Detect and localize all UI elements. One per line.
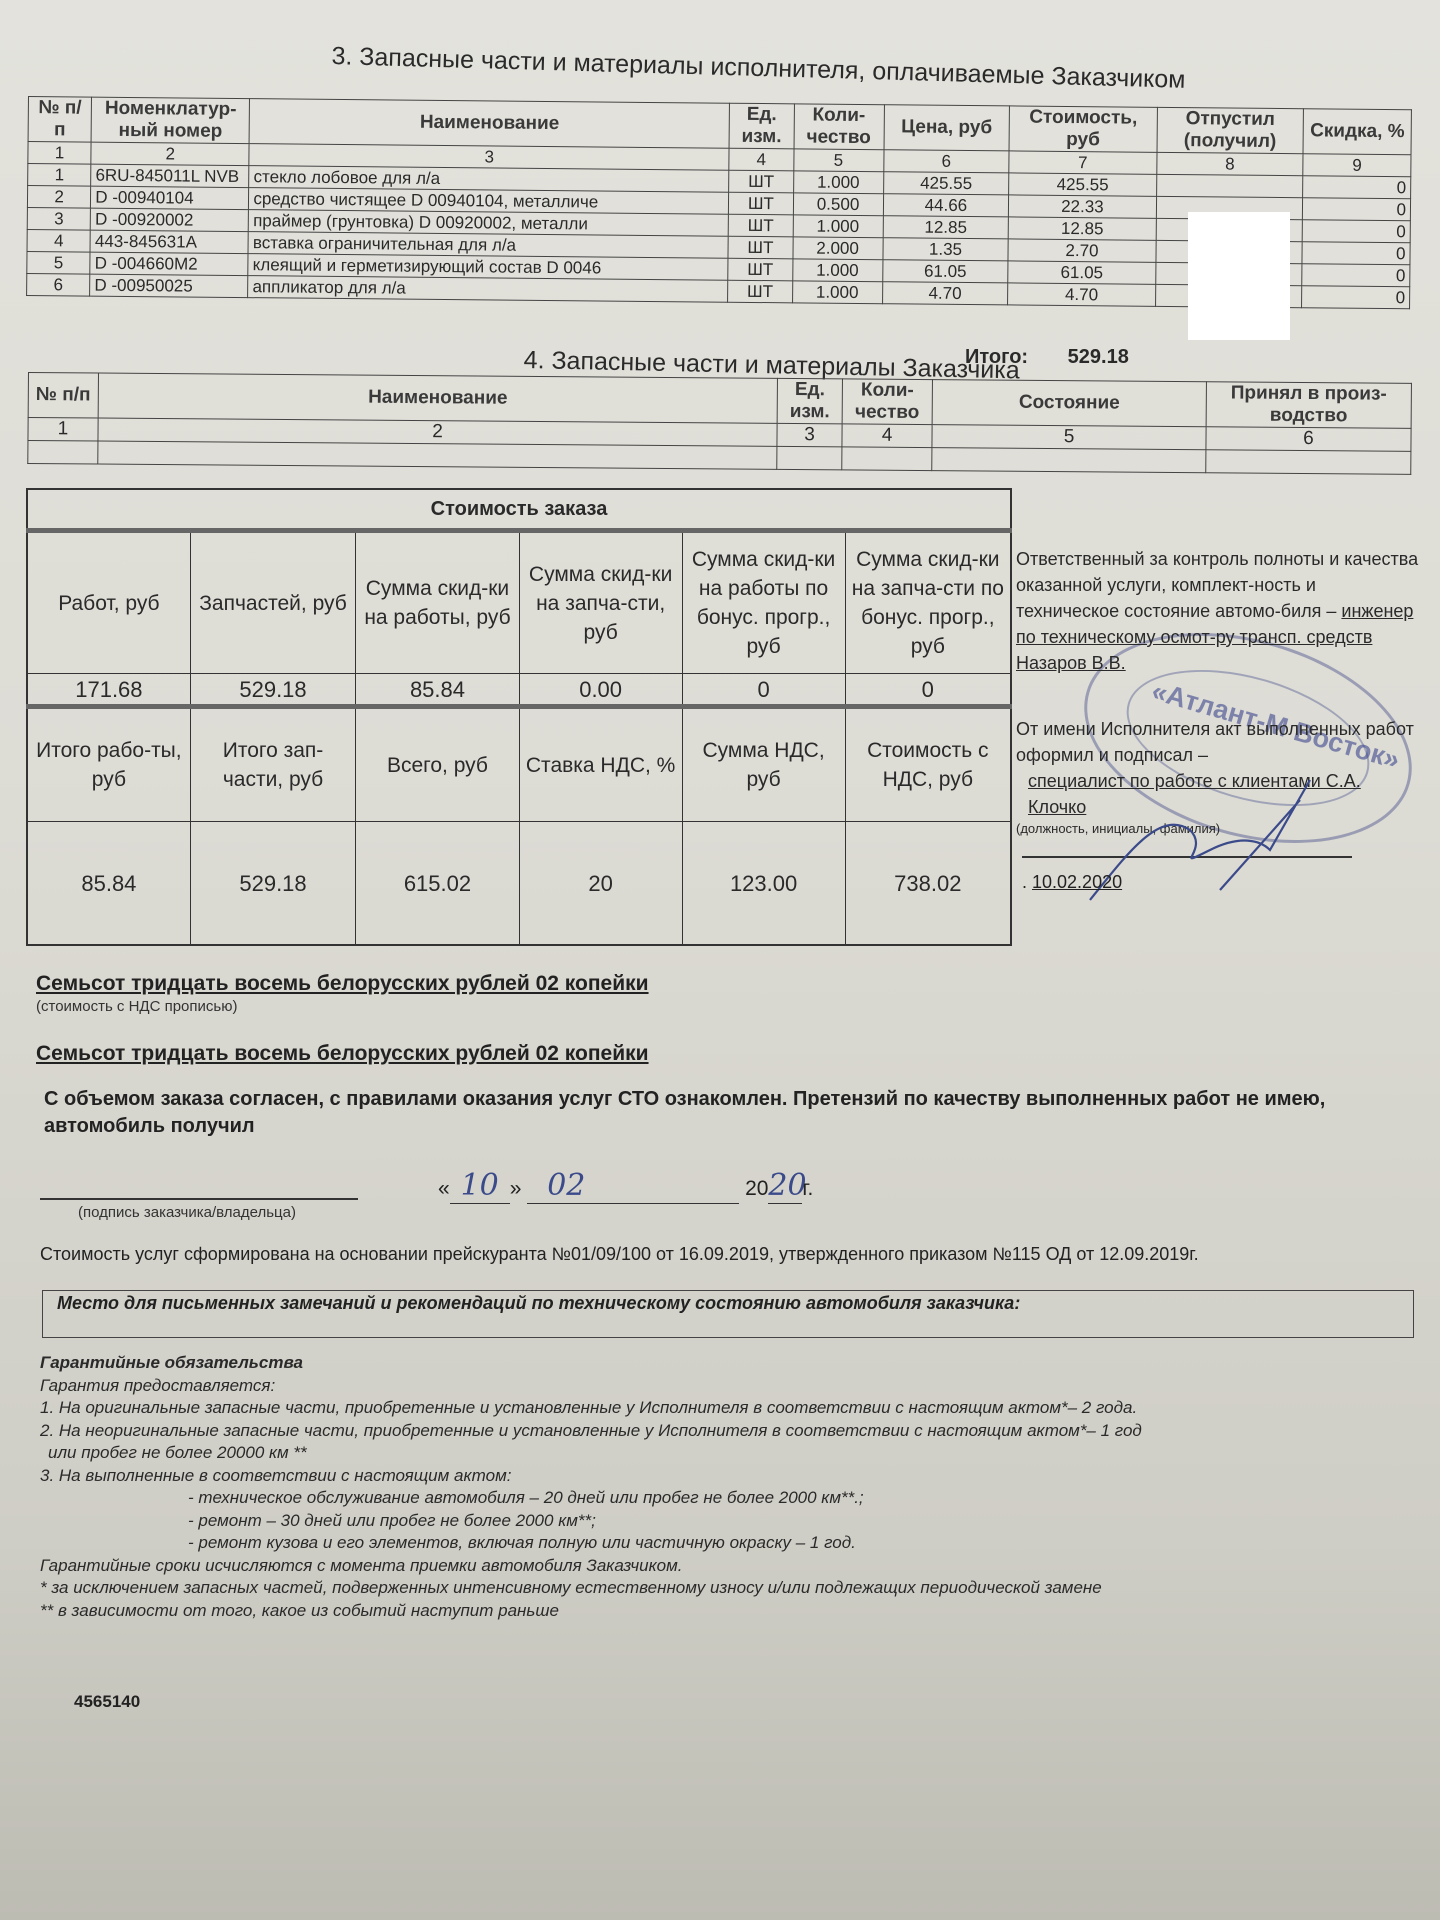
redaction-box	[1188, 212, 1290, 340]
part-cost: 61.05	[1008, 261, 1156, 284]
part-discount: 0	[1302, 286, 1410, 309]
part-qty: 0.500	[793, 193, 883, 216]
empty-cell	[28, 441, 98, 465]
label-vat-rate: Ставка НДС, %	[519, 707, 682, 822]
part-discount: 0	[1302, 220, 1410, 243]
empty-cell	[842, 447, 933, 471]
customer-parts-table: № п/п Наименование Ед. изм. Коли-чество …	[27, 372, 1412, 475]
col-number: 5	[793, 149, 883, 172]
part-qty: 1.000	[793, 171, 883, 194]
part-discount: 0	[1303, 198, 1411, 221]
date-year: 20	[768, 1168, 802, 1204]
col-header-accepted: Принял в произ-водство	[1206, 382, 1412, 429]
warranty-intro: Гарантия предоставляется:	[40, 1375, 1420, 1398]
part-price: 4.70	[882, 282, 1008, 305]
executor-date: 10.02.2020	[1032, 872, 1122, 892]
col-number: 6	[1206, 427, 1411, 452]
date-month: 02	[527, 1168, 739, 1204]
order-cost-table: Стоимость заказа Работ, руб Запчастей, р…	[26, 488, 1012, 946]
warranty-item-1: 1. На оригинальные запасные части, приоб…	[40, 1397, 1420, 1420]
part-code: D -00940104	[91, 186, 249, 210]
col-header-cost: Стоимость, руб	[1009, 106, 1157, 152]
label-parts: Запчастей, руб	[190, 531, 355, 674]
part-price: 1.35	[883, 238, 1009, 261]
part-qty: 2.000	[792, 237, 882, 260]
year-suffix: г.	[802, 1177, 813, 1200]
row-number: 4	[27, 229, 90, 252]
part-price: 44.66	[883, 194, 1009, 217]
part-price: 61.05	[882, 260, 1008, 283]
part-cost: 4.70	[1008, 283, 1156, 306]
warranty-item-2: 2. На неоригинальные запасные части, при…	[40, 1420, 1420, 1443]
col-number: 5	[932, 425, 1206, 450]
empty-cell	[777, 446, 842, 470]
col-number: 4	[729, 148, 793, 171]
part-unit: ШТ	[729, 170, 793, 193]
order-cost-title: Стоимость заказа	[27, 489, 1011, 531]
label-works-discount: Сумма скид-ки на работы, руб	[356, 531, 519, 674]
part-code: D -00920002	[90, 208, 248, 232]
col-header-qty: Коли-чество	[794, 104, 885, 150]
warranty-item-2b: или пробег не более 20000 км **	[40, 1442, 1420, 1465]
customer-signature-line	[40, 1198, 358, 1200]
part-qty: 1.000	[792, 281, 882, 304]
part-price: 425.55	[883, 172, 1009, 195]
acceptance-date: «10» 02 2020г.	[438, 1168, 813, 1204]
col-number: 8	[1156, 152, 1303, 175]
col-header-unit: Ед. изм.	[777, 378, 842, 424]
value-cost-with-vat: 738.02	[845, 822, 1011, 946]
label-parts-bonus-discount: Сумма скид-ки на запча-сти по бонус. про…	[845, 531, 1011, 674]
value-parts-bonus-discount: 0	[845, 674, 1011, 707]
document-number: 4565140	[74, 1692, 140, 1712]
part-cost: 12.85	[1008, 217, 1156, 240]
col-header-name: Наименование	[249, 99, 729, 149]
row-number: 3	[27, 207, 90, 230]
part-code: D -004660M2	[90, 252, 248, 276]
part-unit: ШТ	[728, 236, 792, 259]
col-header-condition: Состояние	[932, 380, 1206, 427]
col-header-number: № п/п	[28, 97, 92, 143]
warranty-note-2: * за исключением запасных частей, подвер…	[40, 1577, 1420, 1600]
value-vat-amount: 123.00	[682, 822, 845, 946]
pricelist-note: Стоимость услуг сформирована на основани…	[40, 1244, 1199, 1265]
value-grand-total: 615.02	[356, 822, 519, 946]
part-qty: 1.000	[793, 215, 883, 238]
label-cost-with-vat: Стоимость с НДС, руб	[845, 707, 1011, 822]
label-works-bonus-discount: Сумма скид-ки на работы по бонус. прогр.…	[682, 531, 845, 674]
part-cost: 22.33	[1009, 195, 1157, 218]
label-parts-discount: Сумма скид-ки на запча-сти, руб	[519, 531, 682, 674]
value-parts-discount: 0.00	[519, 674, 682, 707]
empty-cell	[932, 448, 1206, 473]
warranty-note-3: ** в зависимости от того, какое из событ…	[40, 1600, 1420, 1623]
part-released	[1156, 174, 1303, 197]
amount-words-caption: (стоимость с НДС прописью)	[36, 998, 237, 1015]
row-number: 1	[28, 164, 91, 187]
quote-close: »	[510, 1177, 522, 1200]
col-number: 7	[1009, 151, 1157, 174]
value-works-bonus-discount: 0	[682, 674, 845, 707]
col-header-number: № п/п	[28, 373, 98, 419]
col-header-name: Наименование	[98, 373, 778, 423]
amount-words-2: Семьсот тридцать восемь белорусских рубл…	[36, 1042, 649, 1066]
col-number: 1	[28, 418, 98, 442]
label-total-parts: Итого зап-части, руб	[190, 707, 355, 822]
remarks-box[interactable]: Место для письменных замечаний и рекомен…	[42, 1290, 1414, 1338]
year-prefix: 20	[745, 1177, 768, 1200]
warranty-sub-1: - техническое обслуживание автомобиля – …	[40, 1487, 1420, 1510]
date-day: 10	[450, 1168, 510, 1204]
value-total-parts: 529.18	[190, 822, 355, 946]
part-name: аппликатор для л/а	[248, 276, 728, 303]
part-code: D -00950025	[90, 274, 248, 298]
empty-cell	[1206, 450, 1411, 475]
value-vat-rate: 20	[519, 822, 682, 946]
warranty-section: Гарантийные обязательства Гарантия предо…	[40, 1352, 1420, 1622]
total-value: 529.18	[1068, 346, 1129, 369]
row-number: 2	[27, 186, 90, 209]
label-total-works: Итого рабо-ты, руб	[27, 707, 190, 822]
part-discount: 0	[1302, 264, 1410, 287]
col-number: 9	[1303, 154, 1411, 177]
col-header-discount: Скидка, %	[1303, 109, 1411, 155]
col-header-qty: Коли-чество	[842, 379, 933, 425]
empty-cell	[97, 441, 777, 469]
part-unit: ШТ	[729, 192, 793, 215]
col-number: 1	[28, 142, 91, 165]
part-unit: ШТ	[728, 258, 792, 281]
label-works: Работ, руб	[27, 531, 190, 674]
value-works: 171.68	[27, 674, 190, 707]
part-qty: 1.000	[792, 259, 882, 282]
value-parts: 529.18	[190, 674, 355, 707]
part-code: 6RU-845011L NVB	[91, 164, 249, 188]
part-code: 443-845631A	[90, 230, 248, 254]
part-discount: 0	[1302, 242, 1410, 265]
agreement-text: С объемом заказа согласен, с правилами о…	[44, 1086, 1374, 1140]
col-header-released: Отпустил (получил)	[1157, 107, 1304, 153]
part-cost: 2.70	[1008, 239, 1156, 262]
value-total-works: 85.84	[27, 822, 190, 946]
col-number: 2	[91, 142, 249, 166]
section3-title: 3. Запасные части и материалы исполнител…	[331, 42, 1186, 95]
part-discount: 0	[1303, 176, 1411, 199]
warranty-note-1: Гарантийные сроки исчисляются с момента …	[40, 1555, 1420, 1578]
col-number: 6	[883, 150, 1009, 173]
quote-open: «	[438, 1177, 450, 1200]
row-number: 5	[27, 251, 90, 274]
remarks-label: Место для письменных замечаний и рекомен…	[57, 1293, 1020, 1314]
document-page: 3. Запасные части и материалы исполнител…	[0, 0, 1440, 1920]
col-number: 4	[842, 424, 933, 448]
part-cost: 425.55	[1009, 173, 1157, 196]
row-number: 6	[27, 273, 90, 296]
customer-signature-caption: (подпись заказчика/владельца)	[78, 1204, 296, 1221]
responsible-block: Ответственный за контроль полноты и каче…	[1016, 546, 1420, 676]
col-header-unit: Ед. изм.	[729, 103, 794, 149]
part-unit: ШТ	[728, 280, 792, 303]
part-unit: ШТ	[728, 214, 792, 237]
label-grand-total: Всего, руб	[356, 707, 519, 822]
value-works-discount: 85.84	[356, 674, 519, 707]
part-price: 12.85	[883, 216, 1009, 239]
col-header-code: Номенклатур-ный номер	[91, 97, 250, 144]
executor-date-block: . 10.02.2020	[1022, 872, 1122, 893]
amount-words-1: Семьсот тридцать восемь белорусских рубл…	[36, 972, 649, 996]
col-number: 3	[777, 423, 842, 447]
label-vat-amount: Сумма НДС, руб	[682, 707, 845, 822]
warranty-item-3: 3. На выполненные в соответствии с насто…	[40, 1465, 1420, 1488]
col-header-price: Цена, руб	[884, 105, 1010, 151]
warranty-sub-3: - ремонт кузова и его элементов, включая…	[40, 1532, 1420, 1555]
warranty-sub-2: - ремонт – 30 дней или пробег не более 2…	[40, 1510, 1420, 1533]
warranty-title: Гарантийные обязательства	[40, 1352, 1420, 1375]
